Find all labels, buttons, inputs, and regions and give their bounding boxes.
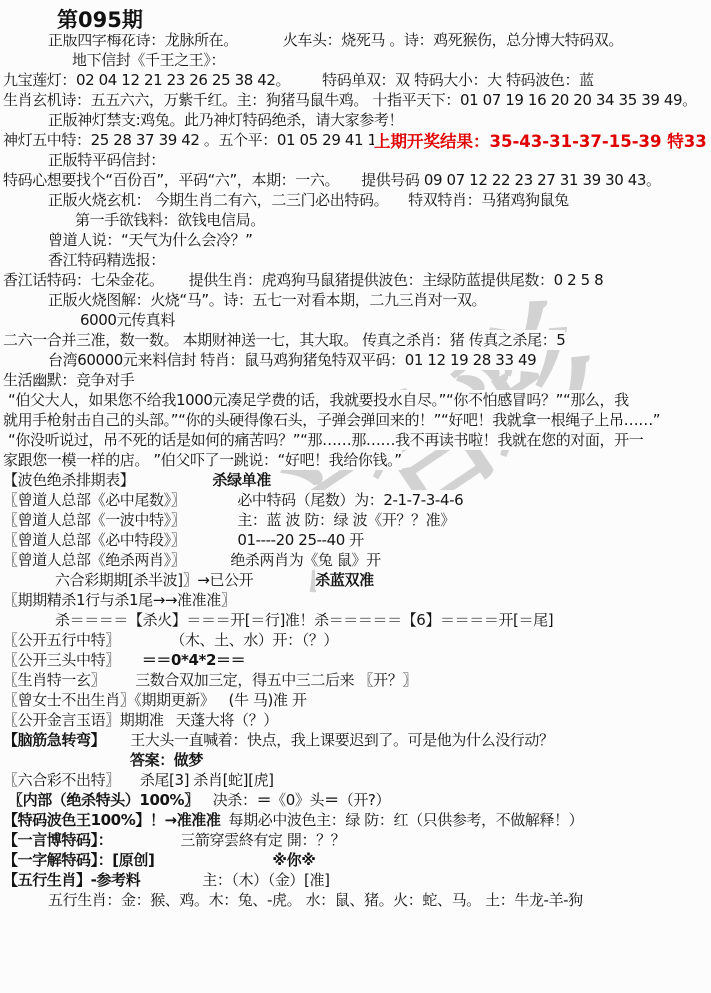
- text-segment: 六合彩期期[杀半波]〗→已公开: [55, 570, 253, 590]
- text-segment: 杀蓝双准: [315, 570, 373, 590]
- text-line: 曾道人说：“天气为什么会冷？”: [0, 230, 711, 250]
- text-segment: 《0》头: [271, 790, 324, 810]
- text-line: 特码心想要找个“百份百”，平码“六”，本期：一六。提供号码 09 07 12 2…: [0, 170, 711, 190]
- text-segment: 必中特码（尾数）为：2-1-7-3-4-6: [237, 490, 463, 510]
- text-line: 〖六合彩不出特〗杀尾[3] 杀肖[蛇][虎]: [0, 770, 711, 790]
- text-line: 〖公开三头中特〗＝＝0*4*2＝＝: [0, 650, 711, 670]
- text-line: 【波色绝杀排期表】杀绿单准: [0, 470, 711, 490]
- text-segment: 杀绿单准: [212, 470, 270, 490]
- text-segment: 〖内部（绝杀特头）100%〗: [8, 790, 199, 810]
- prev-draw-result: 上期开奖结果：35-43-31-37-15-39 特33: [374, 128, 707, 152]
- text-segment: ＝: [257, 790, 272, 810]
- text-segment: 生活幽默：竞争对手: [3, 370, 134, 390]
- text-segment: 每期必中波色主：绿 防：红（只供参考，不做解释！）: [229, 810, 584, 830]
- text-line: 生活幽默：竞争对手: [0, 370, 711, 390]
- text-line: 五行生肖：金：猴、鸡。木：兔、-虎。 水：鼠、猪。火：蛇、马。 土：牛龙-羊-狗: [0, 890, 711, 910]
- text-segment: 杀＝＝＝＝【杀火】＝＝＝开[＝行]准！杀＝＝＝＝＝【6】＝＝＝＝开[＝尾]: [55, 610, 553, 630]
- text-line: 香江特码精选报：: [0, 250, 711, 270]
- text-segment: 提供生肖：虎鸡狗马鼠猪提供波色：主绿防蓝提供尾数：0 2 5 8: [189, 270, 604, 290]
- text-line: 正版火烧图解：火烧“马”。诗：五七一对看本期，二九三肖对一双。: [0, 290, 711, 310]
- text-segment: ＝＝0*4*2＝＝: [142, 650, 245, 670]
- text-segment: 正版火烧图解：火烧“马”。诗：五七一对看本期，二九三肖对一双。: [48, 290, 486, 310]
- tip-sheet-page: 六合彩 第095期 上期开奖结果：35-43-31-37-15-39 特33 正…: [0, 0, 711, 993]
- text-segment: ※你※: [272, 850, 315, 870]
- text-segment: 杀尾[3] 杀肖[蛇][虎]: [140, 770, 274, 790]
- text-segment: “你没听说过，吊不死的话是如何的痛苦吗？”“那……那……我不再读书啦！我就在您的…: [8, 430, 643, 450]
- text-segment: 【特码波色王100%】！→准准准: [3, 810, 221, 830]
- text-line: 〖内部（绝杀特头）100%〗决杀：＝《0》头＝（开?）: [0, 790, 711, 810]
- text-segment: 【一字解特码】：[原创]: [3, 850, 154, 870]
- text-segment: 决杀：: [213, 790, 257, 810]
- text-segment: 正版神灯禁支:鸡兔。此乃神灯特码绝杀，请大家参考！: [48, 110, 403, 130]
- text-segment: 家跟您一模一样的店。 ”伯父吓了一跳说：“好吧！我给你钱。”: [3, 450, 402, 470]
- text-segment: 【脑筋急转弯】: [3, 730, 105, 750]
- text-segment: 神灯五中特：25 28 37 39 42 。五个平：01 05 29 41 16…: [3, 130, 400, 150]
- text-segment: 地下信封《千王之王》：: [72, 50, 225, 70]
- text-segment: 〖曾道人总部《必中尾数》〗: [3, 490, 185, 510]
- text-segment: 天蓬大将（？）: [176, 710, 278, 730]
- text-segment: 王大头一直喊着：快点，我上课要迟到了。可是他为什么没行动？: [130, 730, 553, 750]
- text-line: 家跟您一模一样的店。 ”伯父吓了一跳说：“好吧！我给你钱。”: [0, 450, 711, 470]
- text-segment: 三箭穿雲終有定 開：？？: [180, 830, 345, 850]
- text-line: 正版神灯禁支:鸡兔。此乃神灯特码绝杀，请大家参考！: [0, 110, 711, 130]
- text-line: 香江话特码：七朵金花。提供生肖：虎鸡狗马鼠猪提供波色：主绿防蓝提供尾数：0 2 …: [0, 270, 711, 290]
- text-line: 〖生肖特一玄〗三数合双加三定，得五中三二后来 〖开？〗: [0, 670, 711, 690]
- text-line: 二六一合并三准，数一数。 本期财神送一七，其大取。 传真之杀肖：猪 传真之杀尾：…: [0, 330, 711, 350]
- text-segment: 【一言博特码】：: [3, 830, 112, 850]
- text-line: 〖曾道人总部《必中特段》〗01----20 25--40 开: [0, 530, 711, 550]
- text-segment: 曾道人说：“天气为什么会冷？”: [48, 230, 253, 250]
- text-segment: 6000元传真料: [80, 310, 175, 330]
- text-segment: 就用手枪射击自己的头部。”“你的头硬得像石头，子弹会弹回来的！”“好吧！我就拿一…: [3, 410, 660, 430]
- text-segment: 01----20 25--40 开: [237, 530, 364, 550]
- text-line: 【特码波色王100%】！→准准准每期必中波色主：绿 防：红（只供参考，不做解释！…: [0, 810, 711, 830]
- text-segment: 二六一合并三准，数一数。 本期财神送一七，其大取。 传真之杀肖：猪 传真之杀尾：…: [3, 330, 565, 350]
- text-segment: 主：蓝 波 防：绿 波《开？？准》: [237, 510, 455, 530]
- text-segment: 提供号码 09 07 12 22 23 27 31 39 30 43。: [361, 170, 661, 190]
- text-segment: “伯父大人，如果您不给我1000元凑足学费的话，我就要投水自尽。”“你不怕感冒吗…: [8, 390, 629, 410]
- text-segment: 主：（木）（金）[准]: [202, 870, 329, 890]
- text-segment: 五行生肖：金：猴、鸡。木：兔、-虎。 水：鼠、猪。火：蛇、马。 土：牛龙-羊-狗: [48, 890, 583, 910]
- text-segment: 【五行生肖】-参考料: [3, 870, 140, 890]
- text-segment: （开?）: [339, 790, 390, 810]
- text-line: 【一字解特码】：[原创]※你※: [0, 850, 711, 870]
- text-segment: 答案：做梦: [130, 750, 203, 770]
- text-line: 九宝莲灯：02 04 12 21 23 26 25 38 42。特码单双：双 特…: [0, 70, 711, 90]
- text-segment: 〖期期精杀1行与杀1尾→→准准准〗: [3, 590, 235, 610]
- text-line: 答案：做梦: [0, 750, 711, 770]
- document-lines: 正版四字梅花诗：龙脉所在。火车头：烧死马 。诗：鸡死猴伤，总分博大特码双。地下信…: [0, 30, 711, 910]
- text-segment: 三数合双加三定，得五中三二后来 〖开？〗: [135, 670, 417, 690]
- text-line: 【五行生肖】-参考料主：（木）（金）[准]: [0, 870, 711, 890]
- text-line: “你没听说过，吊不死的话是如何的痛苦吗？”“那……那……我不再读书啦！我就在您的…: [0, 430, 711, 450]
- text-segment: 【波色绝杀排期表】: [3, 470, 134, 490]
- text-segment: 第一手欲钱料：欲钱电信局。: [75, 210, 265, 230]
- text-segment: 〖曾道人总部《一波中特》〗: [3, 510, 185, 530]
- text-segment: 〖六合彩不出特〗: [3, 770, 120, 790]
- text-segment: 特码心想要找个“百份百”，平码“六”，本期：一六。: [3, 170, 339, 190]
- text-segment: 〖公开三头中特〗: [3, 650, 120, 670]
- text-line: 生肖玄机诗：五五六六，万紫千红。主：狗猪马鼠牛鸡。 十指平天下：01 07 19…: [0, 90, 711, 110]
- text-line: 【一言博特码】：三箭穿雲終有定 開：？？: [0, 830, 711, 850]
- text-segment: 〖生肖特一玄〗: [3, 670, 105, 690]
- text-line: “伯父大人，如果您不给我1000元凑足学费的话，我就要投水自尽。”“你不怕感冒吗…: [0, 390, 711, 410]
- text-segment: 九宝莲灯：02 04 12 21 23 26 25 38 42。: [3, 70, 290, 90]
- text-line: 〖公开金言玉语〗期期准天蓬大将（？）: [0, 710, 711, 730]
- text-segment: 〖曾道人总部《绝杀两肖》〗: [3, 550, 185, 570]
- text-line: 正版特平码信封：: [0, 150, 711, 170]
- text-segment: 香江特码精选报：: [48, 250, 165, 270]
- text-segment: (牛 马)准 开: [229, 690, 307, 710]
- text-segment: 〖公开金言玉语〗期期准: [3, 710, 164, 730]
- text-segment: ＝: [324, 790, 339, 810]
- text-line: 〖曾道人总部《一波中特》〗主：蓝 波 防：绿 波《开？？准》: [0, 510, 711, 530]
- text-segment: 〖公开五行中特〗: [3, 630, 120, 650]
- text-segment: 特双特肖：马猪鸡狗鼠兔: [408, 190, 569, 210]
- text-segment: 生肖玄机诗：五五六六，万紫千红。主：狗猪马鼠牛鸡。 十指平天下：01 07 19…: [3, 90, 697, 110]
- text-segment: 〖曾道人总部《必中特段》〗: [3, 530, 185, 550]
- text-segment: 正版特平码信封：: [48, 150, 165, 170]
- text-line: 正版火烧玄机： 今期生肖二有六，二三门必出特码。特双特肖：马猪鸡狗鼠兔: [0, 190, 711, 210]
- text-line: 〖曾女士不出生肖〗《期期更新》(牛 马)准 开: [0, 690, 711, 710]
- text-segment: 火车头：烧死马 。诗：鸡死猴伤，总分博大特码双。: [283, 30, 623, 50]
- text-line: 第一手欲钱料：欲钱电信局。: [0, 210, 711, 230]
- text-segment: 正版火烧玄机： 今期生肖二有六，二三门必出特码。: [48, 190, 388, 210]
- text-line: 六合彩期期[杀半波]〗→已公开杀蓝双准: [0, 570, 711, 590]
- text-segment: （木、土、水）开：（？）: [178, 630, 338, 650]
- text-line: 【脑筋急转弯】王大头一直喊着：快点，我上课要迟到了。可是他为什么没行动？: [0, 730, 711, 750]
- text-line: 地下信封《千王之王》：: [0, 50, 711, 70]
- text-segment: 绝杀两肖为《兔 鼠》开: [230, 550, 380, 570]
- text-segment: 〖曾女士不出生肖〗《期期更新》: [3, 690, 215, 710]
- text-line: 〖公开五行中特〗（木、土、水）开：（？）: [0, 630, 711, 650]
- text-line: 〖期期精杀1行与杀1尾→→准准准〗: [0, 590, 711, 610]
- text-segment: 台湾60000元来料信封 特肖：鼠马鸡狗猪兔特双平码：01 12 19 28 3…: [48, 350, 536, 370]
- text-line: 〖曾道人总部《绝杀两肖》〗绝杀两肖为《兔 鼠》开: [0, 550, 711, 570]
- text-line: 就用手枪射击自己的头部。”“你的头硬得像石头，子弹会弹回来的！”“好吧！我就拿一…: [0, 410, 711, 430]
- text-segment: 特码单双：双 特码大小：大 特码波色：蓝: [322, 70, 594, 90]
- text-line: 杀＝＝＝＝【杀火】＝＝＝开[＝行]准！杀＝＝＝＝＝【6】＝＝＝＝开[＝尾]: [0, 610, 711, 630]
- text-line: 〖曾道人总部《必中尾数》〗必中特码（尾数）为：2-1-7-3-4-6: [0, 490, 711, 510]
- page-title: 第095期: [55, 4, 145, 34]
- text-line: 6000元传真料: [0, 310, 711, 330]
- text-line: 台湾60000元来料信封 特肖：鼠马鸡狗猪兔特双平码：01 12 19 28 3…: [0, 350, 711, 370]
- text-segment: 香江话特码：七朵金花。: [3, 270, 164, 290]
